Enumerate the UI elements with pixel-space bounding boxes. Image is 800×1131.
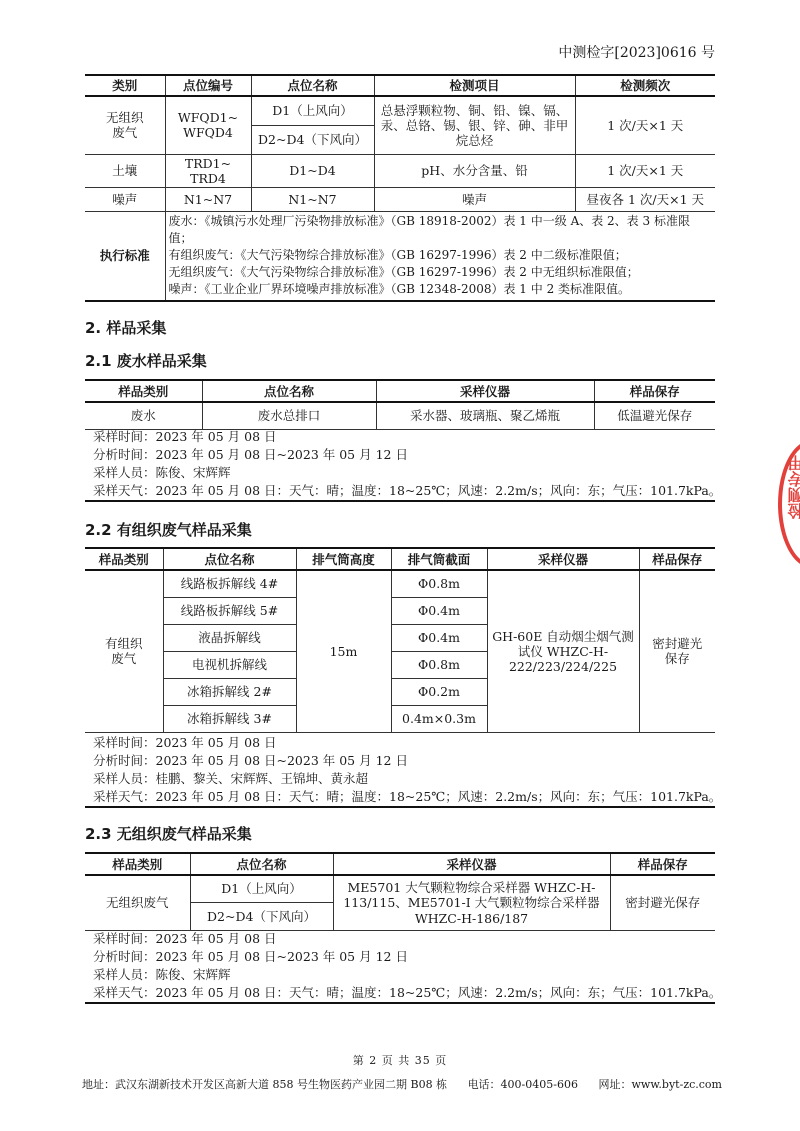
category-cell: 有组织 废气 — [85, 570, 163, 732]
cell: 废水 — [85, 402, 202, 429]
col-header: 采样仪器 — [487, 548, 639, 570]
table-row: 无组织废气 D1（上风向） ME5701 大气颗粒物综合采样器 WHZC-H-1… — [85, 875, 715, 902]
table-row: 噪声 N1~N7 N1~N7 噪声 昼夜各 1 次/天×1 天 — [85, 187, 715, 211]
point-name-cell: 电视机拆解线 — [163, 651, 296, 678]
standard-line: 有组织废气：《大气污染物综合排放标准》（GB 16297-1996）表 2 中二… — [169, 247, 713, 264]
organized-gas-table: 样品类别 点位名称 排气筒高度 排气筒截面 采样仪器 样品保存 有组织 废气 线… — [85, 547, 715, 733]
category-cell: 无组织废气 — [85, 875, 190, 930]
table-row: 废水 废水总排口 采水器、玻璃瓶、聚乙烯瓶 低温避光保存 — [85, 402, 715, 429]
col-header: 样品保存 — [594, 380, 715, 402]
col-header: 样品类别 — [85, 548, 163, 570]
wastewater-table: 样品类别 点位名称 采样仪器 样品保存 废水 废水总排口 采水器、玻璃瓶、聚乙烯… — [85, 379, 715, 430]
col-header: 检测频次 — [575, 75, 715, 96]
footer-address: 地址：武汉东湖新技术开发区高新大道 858 号生物医药产业园二期 B08 栋 — [82, 1076, 447, 1092]
section-title: 2.3 无组织废气样品采集 — [85, 823, 252, 844]
cell: 低温避光保存 — [594, 402, 715, 429]
point-name-cell: D1~D4 — [251, 154, 374, 187]
items-cell: 噪声 — [374, 187, 575, 211]
point-name-cell: 液晶拆解线 — [163, 624, 296, 651]
col-header: 点位名称 — [190, 853, 333, 875]
point-name-cell: D2~D4（下风向） — [190, 902, 333, 930]
col-header: 排气筒高度 — [296, 548, 391, 570]
standard-line: 噪声：《工业企业厂界环境噪声排放标准》（GB 12348-2008）表 1 中 … — [169, 281, 713, 298]
table-row: 有组织 废气 线路板拆解线 4# 15m Φ0.8m GH-60E 自动烟尘烟气… — [85, 570, 715, 597]
note-line: 采样人员：陈俊、宋辉辉 — [85, 966, 715, 984]
point-name-cell: 线路板拆解线 5# — [163, 597, 296, 624]
section-cell: Φ0.2m — [391, 678, 487, 705]
col-header: 采样仪器 — [376, 380, 594, 402]
point-name-cell: D1（上风向） — [251, 96, 374, 125]
storage-cell: 密封避光 保存 — [639, 570, 715, 732]
section-title: 2.2 有组织废气样品采集 — [85, 519, 252, 540]
report-number: 中测检字[2023]0616 号 — [558, 42, 715, 62]
note-line: 采样时间：2023 年 05 月 08 日 — [85, 930, 715, 948]
point-name-cell: 线路板拆解线 4# — [163, 570, 296, 597]
sampling-notes: 采样时间：2023 年 05 月 08 日 分析时间：2023 年 05 月 0… — [85, 734, 715, 808]
sampling-notes: 采样时间：2023 年 05 月 08 日 分析时间：2023 年 05 月 0… — [85, 428, 715, 502]
category-cell: 土壤 — [85, 154, 165, 187]
standard-line: 无组织废气：《大气污染物综合排放标准》（GB 16297-1996）表 2 中无… — [169, 264, 713, 281]
col-header: 样品保存 — [610, 853, 715, 875]
section-cell: Φ0.4m — [391, 597, 487, 624]
col-header: 点位名称 — [202, 380, 376, 402]
point-name-cell: 冰箱拆解线 2# — [163, 678, 296, 705]
section-cell: Φ0.4m — [391, 624, 487, 651]
col-header: 点位名称 — [251, 75, 374, 96]
point-id-cell: WFQD1~ WFQD4 — [165, 96, 251, 154]
note-line: 分析时间：2023 年 05 月 08 日~2023 年 05 月 12 日 — [85, 752, 715, 770]
instrument-cell: ME5701 大气颗粒物综合采样器 WHZC-H-113/115、ME5701-… — [333, 875, 610, 930]
category-cell: 无组织 废气 — [85, 96, 165, 154]
point-id-cell: TRD1~ TRD4 — [165, 154, 251, 187]
footer-phone: 电话：400-0405-606 — [468, 1076, 578, 1092]
height-cell: 15m — [296, 570, 391, 732]
point-name-cell: N1~N7 — [251, 187, 374, 211]
instrument-cell: GH-60E 自动烟尘烟气测试仪 WHZC-H-222/223/224/225 — [487, 570, 639, 732]
table-row: 无组织 废气 WFQD1~ WFQD4 D1（上风向） 总悬浮颗粒物、铜、铅、镍… — [85, 96, 715, 125]
section-cell: 0.4m×0.3m — [391, 705, 487, 732]
col-header: 样品类别 — [85, 380, 202, 402]
col-header: 样品保存 — [639, 548, 715, 570]
sampling-notes: 采样时间：2023 年 05 月 08 日 分析时间：2023 年 05 月 0… — [85, 930, 715, 1004]
note-line: 采样人员：陈俊、宋辉辉 — [85, 464, 715, 482]
note-line: 采样时间：2023 年 05 月 08 日 — [85, 734, 715, 752]
note-line: 采样人员：桂鹏、黎关、宋辉辉、王锦坤、黄永超 — [85, 770, 715, 788]
note-line: 采样天气：2023 年 05 月 08 日：天气：晴；温度：18~25℃；风速：… — [85, 984, 715, 1002]
category-cell: 噪声 — [85, 187, 165, 211]
footer: 地址：武汉东湖新技术开发区高新大道 858 号生物医药产业园二期 B08 栋 电… — [82, 1076, 722, 1092]
standard-label: 执行标准 — [85, 211, 165, 301]
frequency-cell: 1 次/天×1 天 — [575, 154, 715, 187]
col-header: 样品类别 — [85, 853, 190, 875]
point-name-cell: D1（上风向） — [190, 875, 333, 902]
detection-items-table: 类别 点位编号 点位名称 检测项目 检测频次 无组织 废气 WFQD1~ WFQ… — [85, 74, 715, 302]
point-name-cell: D2~D4（下风向） — [251, 125, 374, 154]
standard-line: 废水：《城镇污水处理厂污染物排放标准》（GB 18918-2002）表 1 中一… — [169, 213, 713, 247]
col-header: 排气筒截面 — [391, 548, 487, 570]
items-cell: 总悬浮颗粒物、铜、铅、镍、镉、汞、总铬、锡、银、锌、砷、非甲烷总烃 — [374, 96, 575, 154]
col-header: 点位名称 — [163, 548, 296, 570]
unorganized-gas-table: 样品类别 点位名称 采样仪器 样品保存 无组织废气 D1（上风向） ME5701… — [85, 852, 715, 931]
note-line: 分析时间：2023 年 05 月 08 日~2023 年 05 月 12 日 — [85, 948, 715, 966]
col-header: 类别 — [85, 75, 165, 96]
page-number: 第 2 页 共 35 页 — [0, 1052, 800, 1068]
point-id-cell: N1~N7 — [165, 187, 251, 211]
frequency-cell: 1 次/天×1 天 — [575, 96, 715, 154]
note-line: 分析时间：2023 年 05 月 08 日~2023 年 05 月 12 日 — [85, 446, 715, 464]
seal-stamp-text: 检测专用 — [785, 455, 800, 519]
note-line: 采样天气：2023 年 05 月 08 日：天气：晴；温度：18~25℃；风速：… — [85, 482, 715, 500]
table-row: 土壤 TRD1~ TRD4 D1~D4 pH、水分含量、铅 1 次/天×1 天 — [85, 154, 715, 187]
cell: 采水器、玻璃瓶、聚乙烯瓶 — [376, 402, 594, 429]
section-cell: Φ0.8m — [391, 651, 487, 678]
note-line: 采样时间：2023 年 05 月 08 日 — [85, 428, 715, 446]
cell: 废水总排口 — [202, 402, 376, 429]
point-name-cell: 冰箱拆解线 3# — [163, 705, 296, 732]
frequency-cell: 昼夜各 1 次/天×1 天 — [575, 187, 715, 211]
section-title: 2.1 废水样品采集 — [85, 350, 207, 371]
footer-website: 网址：www.byt-zc.com — [598, 1076, 722, 1092]
storage-cell: 密封避光保存 — [610, 875, 715, 930]
standards-cell: 废水：《城镇污水处理厂污染物排放标准》（GB 18918-2002）表 1 中一… — [165, 211, 715, 301]
note-line: 采样天气：2023 年 05 月 08 日：天气：晴；温度：18~25℃；风速：… — [85, 788, 715, 806]
items-cell: pH、水分含量、铅 — [374, 154, 575, 187]
section-title: 2. 样品采集 — [85, 317, 166, 338]
col-header: 点位编号 — [165, 75, 251, 96]
col-header: 采样仪器 — [333, 853, 610, 875]
col-header: 检测项目 — [374, 75, 575, 96]
section-cell: Φ0.8m — [391, 570, 487, 597]
